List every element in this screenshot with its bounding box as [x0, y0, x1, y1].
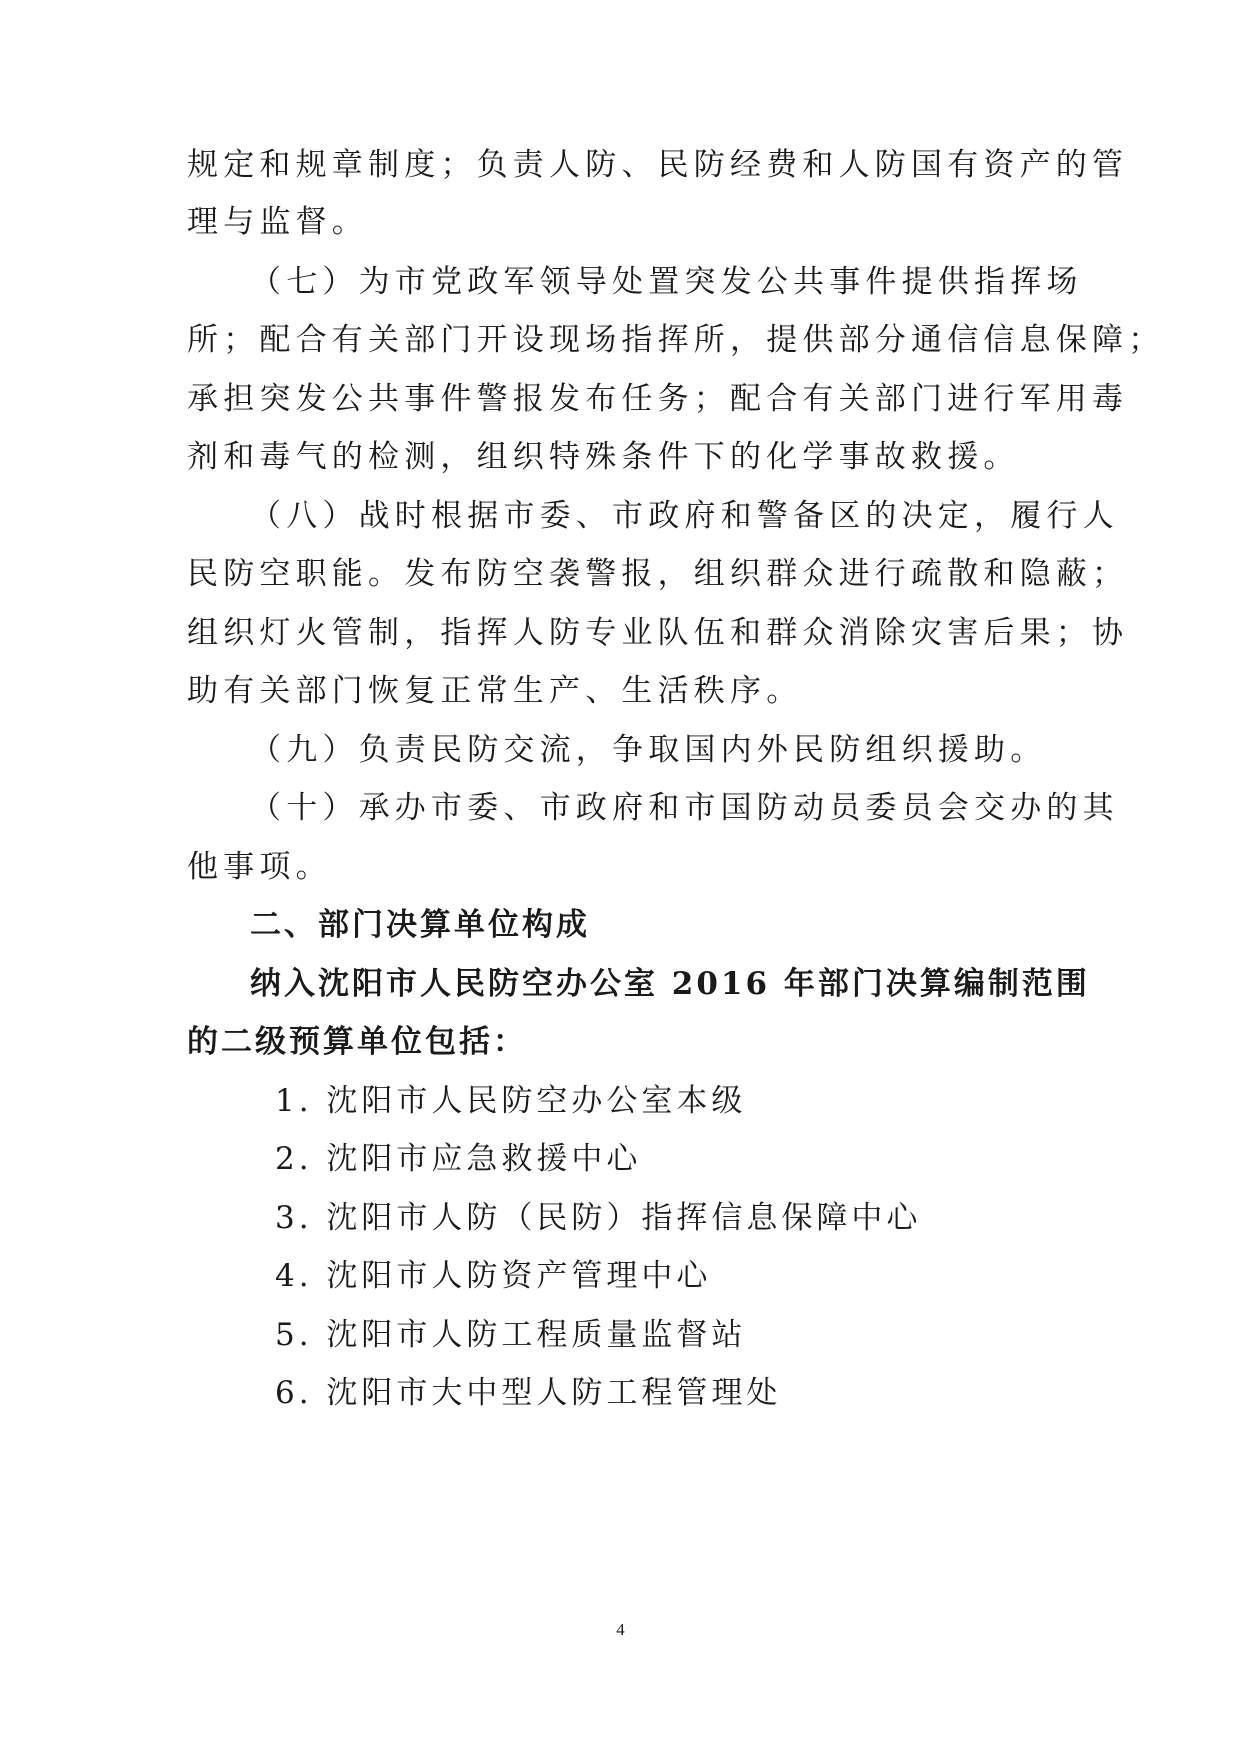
- paragraph-6-line-1: 规定和规章制度；负责人防、民防经费和人防国有资产的管: [187, 145, 1067, 185]
- unit-list-item-6: 6. 沈阳市大中型人防工程管理处: [275, 1373, 781, 1413]
- unit-list-item-1: 1. 沈阳市人民防空办公室本级: [275, 1081, 746, 1121]
- paragraph-8-line-3: 组织灯火管制，指挥人防专业队伍和群众消除灾害后果；协: [187, 613, 1067, 653]
- unit-list-item-4: 4. 沈阳市人防资产管理中心: [275, 1256, 711, 1296]
- paragraph-7-line-4: 剂和毒气的检测，组织特殊条件下的化学事故救援。: [187, 437, 1067, 477]
- paragraph-10-line-2: 他事项。: [187, 847, 1067, 887]
- paragraph-7-line-3: 承担突发公共事件警报发布任务；配合有关部门进行军用毒: [187, 379, 1067, 419]
- paragraph-8-line-2: 民防空职能。发布防空袭警报，组织群众进行疏散和隐蔽；: [187, 554, 1067, 594]
- intro-line-2: 的二级预算单位包括：: [187, 1022, 1067, 1062]
- paragraph-8-line-1: （八）战时根据市委、市政府和警备区的决定，履行人: [250, 496, 1130, 536]
- paragraph-7-line-2: 所；配合有关部门开设现场指挥所，提供部分通信信息保障；: [187, 320, 1067, 360]
- paragraph-10-line-1: （十）承办市委、市政府和市国防动员委员会交办的其: [250, 788, 1130, 828]
- section-heading: 二、部门决算单位构成: [250, 905, 1130, 945]
- paragraph-8-line-4: 助有关部门恢复正常生产、生活秩序。: [187, 671, 1067, 711]
- unit-list-item-3: 3. 沈阳市人防（民防）指挥信息保障中心: [275, 1198, 921, 1238]
- paragraph-9-line-1: （九）负责民防交流，争取国内外民防组织援助。: [250, 730, 1130, 770]
- intro-line-1: 纳入沈阳市人民防空办公室 2016 年部门决算编制范围: [250, 964, 1130, 1004]
- paragraph-7-line-1: （七）为市党政军领导处置突发公共事件提供指挥场: [250, 262, 1130, 302]
- page-number: 4: [0, 1620, 1241, 1640]
- unit-list-item-5: 5. 沈阳市人防工程质量监督站: [275, 1315, 746, 1355]
- document-page: 规定和规章制度；负责人防、民防经费和人防国有资产的管 理与监督。 （七）为市党政…: [0, 0, 1241, 1754]
- unit-list-item-2: 2. 沈阳市应急救援中心: [275, 1139, 641, 1179]
- paragraph-6-line-2: 理与监督。: [187, 202, 1067, 242]
